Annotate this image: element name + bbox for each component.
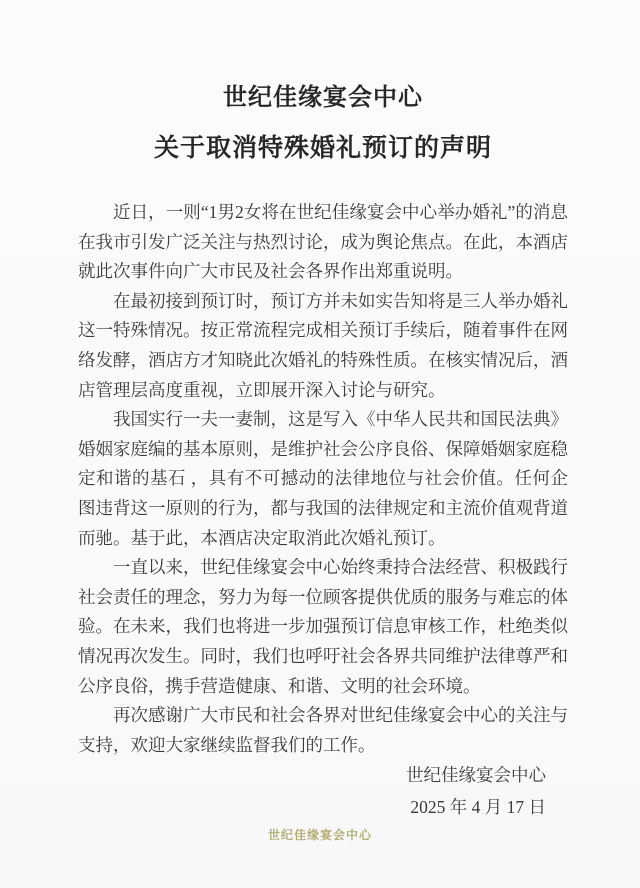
paragraph-intro: 近日，一则“1男2女将在世纪佳缘宴会中心举办婚礼”的消息在我市引发广泛关注与热烈…: [78, 198, 568, 287]
page-title: 世纪佳缘宴会中心: [78, 84, 568, 112]
document-page: 世纪佳缘宴会中心 关于取消特殊婚礼预订的声明 近日，一则“1男2女将在世纪佳缘宴…: [0, 0, 640, 888]
signature-block: 世纪佳缘宴会中心 2025 年 4 月 17 日: [78, 760, 568, 822]
signature-name: 世纪佳缘宴会中心: [78, 760, 546, 790]
paragraph-legal-basis: 我国实行一夫一妻制，这是写入《中华人民共和国民法典》婚姻家庭编的基本原则，是维护…: [78, 405, 568, 553]
paragraph-thanks: 再次感谢广大市民和社会各界对世纪佳缘宴会中心的关注与支持，欢迎大家继续监督我们的…: [78, 701, 568, 760]
scanned-statement-page: { "document": { "title_line1": "世纪佳缘宴会中心…: [0, 0, 640, 888]
signature-date: 2025 年 4 月 17 日: [78, 792, 546, 822]
watermark-text: 世纪佳缘宴会中心: [0, 826, 640, 843]
statement-document: 世纪佳缘宴会中心 关于取消特殊婚礼预订的声明 近日，一则“1男2女将在世纪佳缘宴…: [78, 0, 568, 822]
paragraph-booking-facts: 在最初接到预订时，预订方并未如实告知将是三人举办婚礼这一特殊情况。按正常流程完成…: [78, 287, 568, 405]
page-subtitle: 关于取消特殊婚礼预订的声明: [78, 134, 568, 164]
paragraph-commitment: 一直以来，世纪佳缘宴会中心始终秉持合法经营、积极践行社会责任的理念，努力为每一位…: [78, 553, 568, 701]
statement-body: 近日，一则“1男2女将在世纪佳缘宴会中心举办婚礼”的消息在我市引发广泛关注与热烈…: [78, 198, 568, 760]
